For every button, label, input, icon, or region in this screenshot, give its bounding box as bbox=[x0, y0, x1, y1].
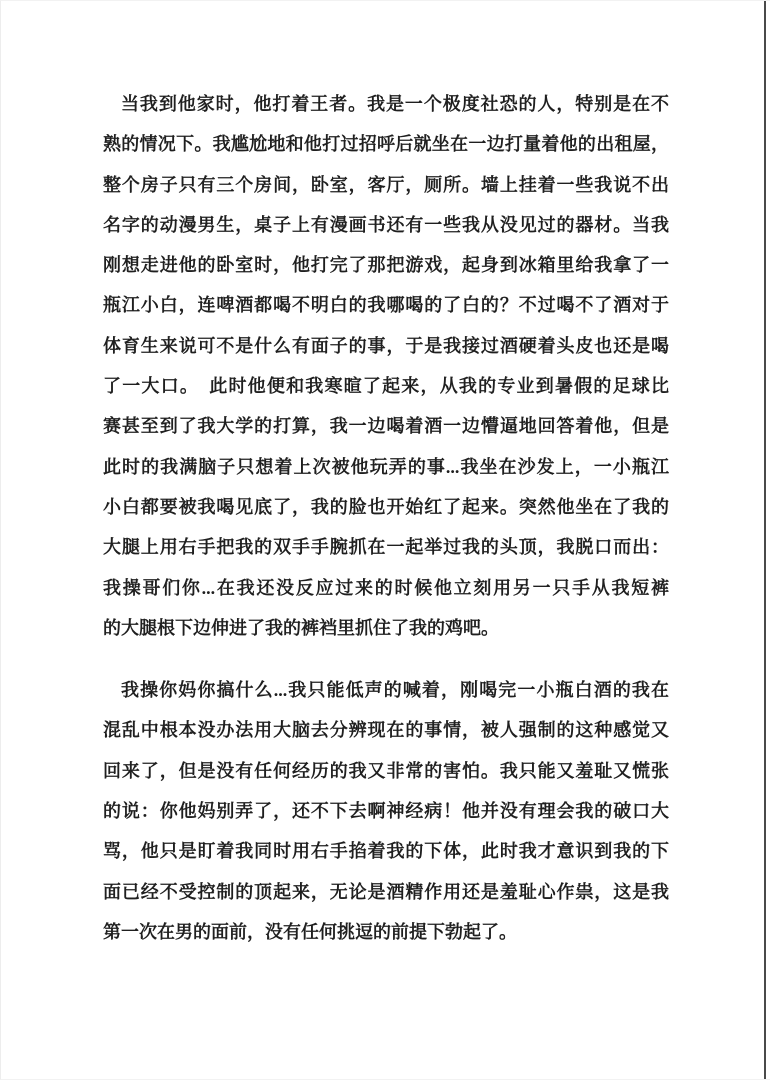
text-line: 骂，他只是盯着我同时用右手掐着我的下体，此时我才意识到我的下 bbox=[103, 831, 669, 871]
text-line: 整个房子只有三个房间，卧室，客厅，厕所。墙上挂着一些我说不出 bbox=[103, 165, 669, 205]
text-line: 体育生来说可不是什么有面子的事，于是我接过酒硬着头皮也还是喝 bbox=[103, 326, 669, 366]
paragraph: 我操你妈你搞什么...我只能低声的喊着，刚喝完一小瓶白酒的我在混乱中根本没办法用… bbox=[103, 670, 669, 952]
page-right-edge-line bbox=[764, 1, 766, 1079]
paragraph: 当我到他家时，他打着王者。我是一个极度社恐的人，特别是在不熟的情况下。我尴尬地和… bbox=[103, 84, 669, 648]
text-line: 的说：你他妈别弄了，还不下去啊神经病！他并没有理会我的破口大 bbox=[103, 791, 669, 831]
text-line: 面已经不受控制的顶起来，无论是酒精作用还是羞耻心作祟，这是我 bbox=[103, 872, 669, 912]
text-line: 赛甚至到了我大学的打算，我一边喝着酒一边懵逼地回答着他，但是 bbox=[103, 406, 669, 446]
text-line: 了一大口。 此时他便和我寒暄了起来，从我的专业到暑假的足球比 bbox=[103, 366, 669, 406]
document-page: 当我到他家时，他打着王者。我是一个极度社恐的人，特别是在不熟的情况下。我尴尬地和… bbox=[0, 0, 770, 1080]
text-line: 第一次在男的面前，没有任何挑逗的前提下勃起了。 bbox=[103, 912, 669, 952]
text-line: 此时的我满脑子只想着上次被他玩弄的事...我坐在沙发上，一小瓶江 bbox=[103, 447, 669, 487]
text-line: 当我到他家时，他打着王者。我是一个极度社恐的人，特别是在不 bbox=[103, 84, 669, 124]
text-line: 名字的动漫男生，桌子上有漫画书还有一些我从没见过的器材。当我 bbox=[103, 205, 669, 245]
text-line: 刚想走进他的卧室时，他打完了那把游戏，起身到冰箱里给我拿了一 bbox=[103, 245, 669, 285]
text-line: 回来了，但是没有任何经历的我又非常的害怕。我只能又羞耻又慌张 bbox=[103, 751, 669, 791]
text-line: 熟的情况下。我尴尬地和他打过招呼后就坐在一边打量着他的出租屋， bbox=[103, 124, 669, 164]
text-line: 大腿上用右手把我的双手手腕抓在一起举过我的头顶，我脱口而出： bbox=[103, 527, 669, 567]
text-line: 瓶江小白，连啤酒都喝不明白的我哪喝的了白的？不过喝不了酒对于 bbox=[103, 285, 669, 325]
text-line: 混乱中根本没办法用大脑去分辨现在的事情，被人强制的这种感觉又 bbox=[103, 710, 669, 750]
text-line: 我操你妈你搞什么...我只能低声的喊着，刚喝完一小瓶白酒的我在 bbox=[103, 670, 669, 710]
document-body: 当我到他家时，他打着王者。我是一个极度社恐的人，特别是在不熟的情况下。我尴尬地和… bbox=[103, 84, 669, 974]
text-line: 小白都要被我喝见底了，我的脸也开始红了起来。突然他坐在了我的 bbox=[103, 487, 669, 527]
text-line: 我操哥们你...在我还没反应过来的时候他立刻用另一只手从我短裤 bbox=[103, 568, 669, 608]
text-line: 的大腿根下边伸进了我的裤裆里抓住了我的鸡吧。 bbox=[103, 608, 669, 648]
